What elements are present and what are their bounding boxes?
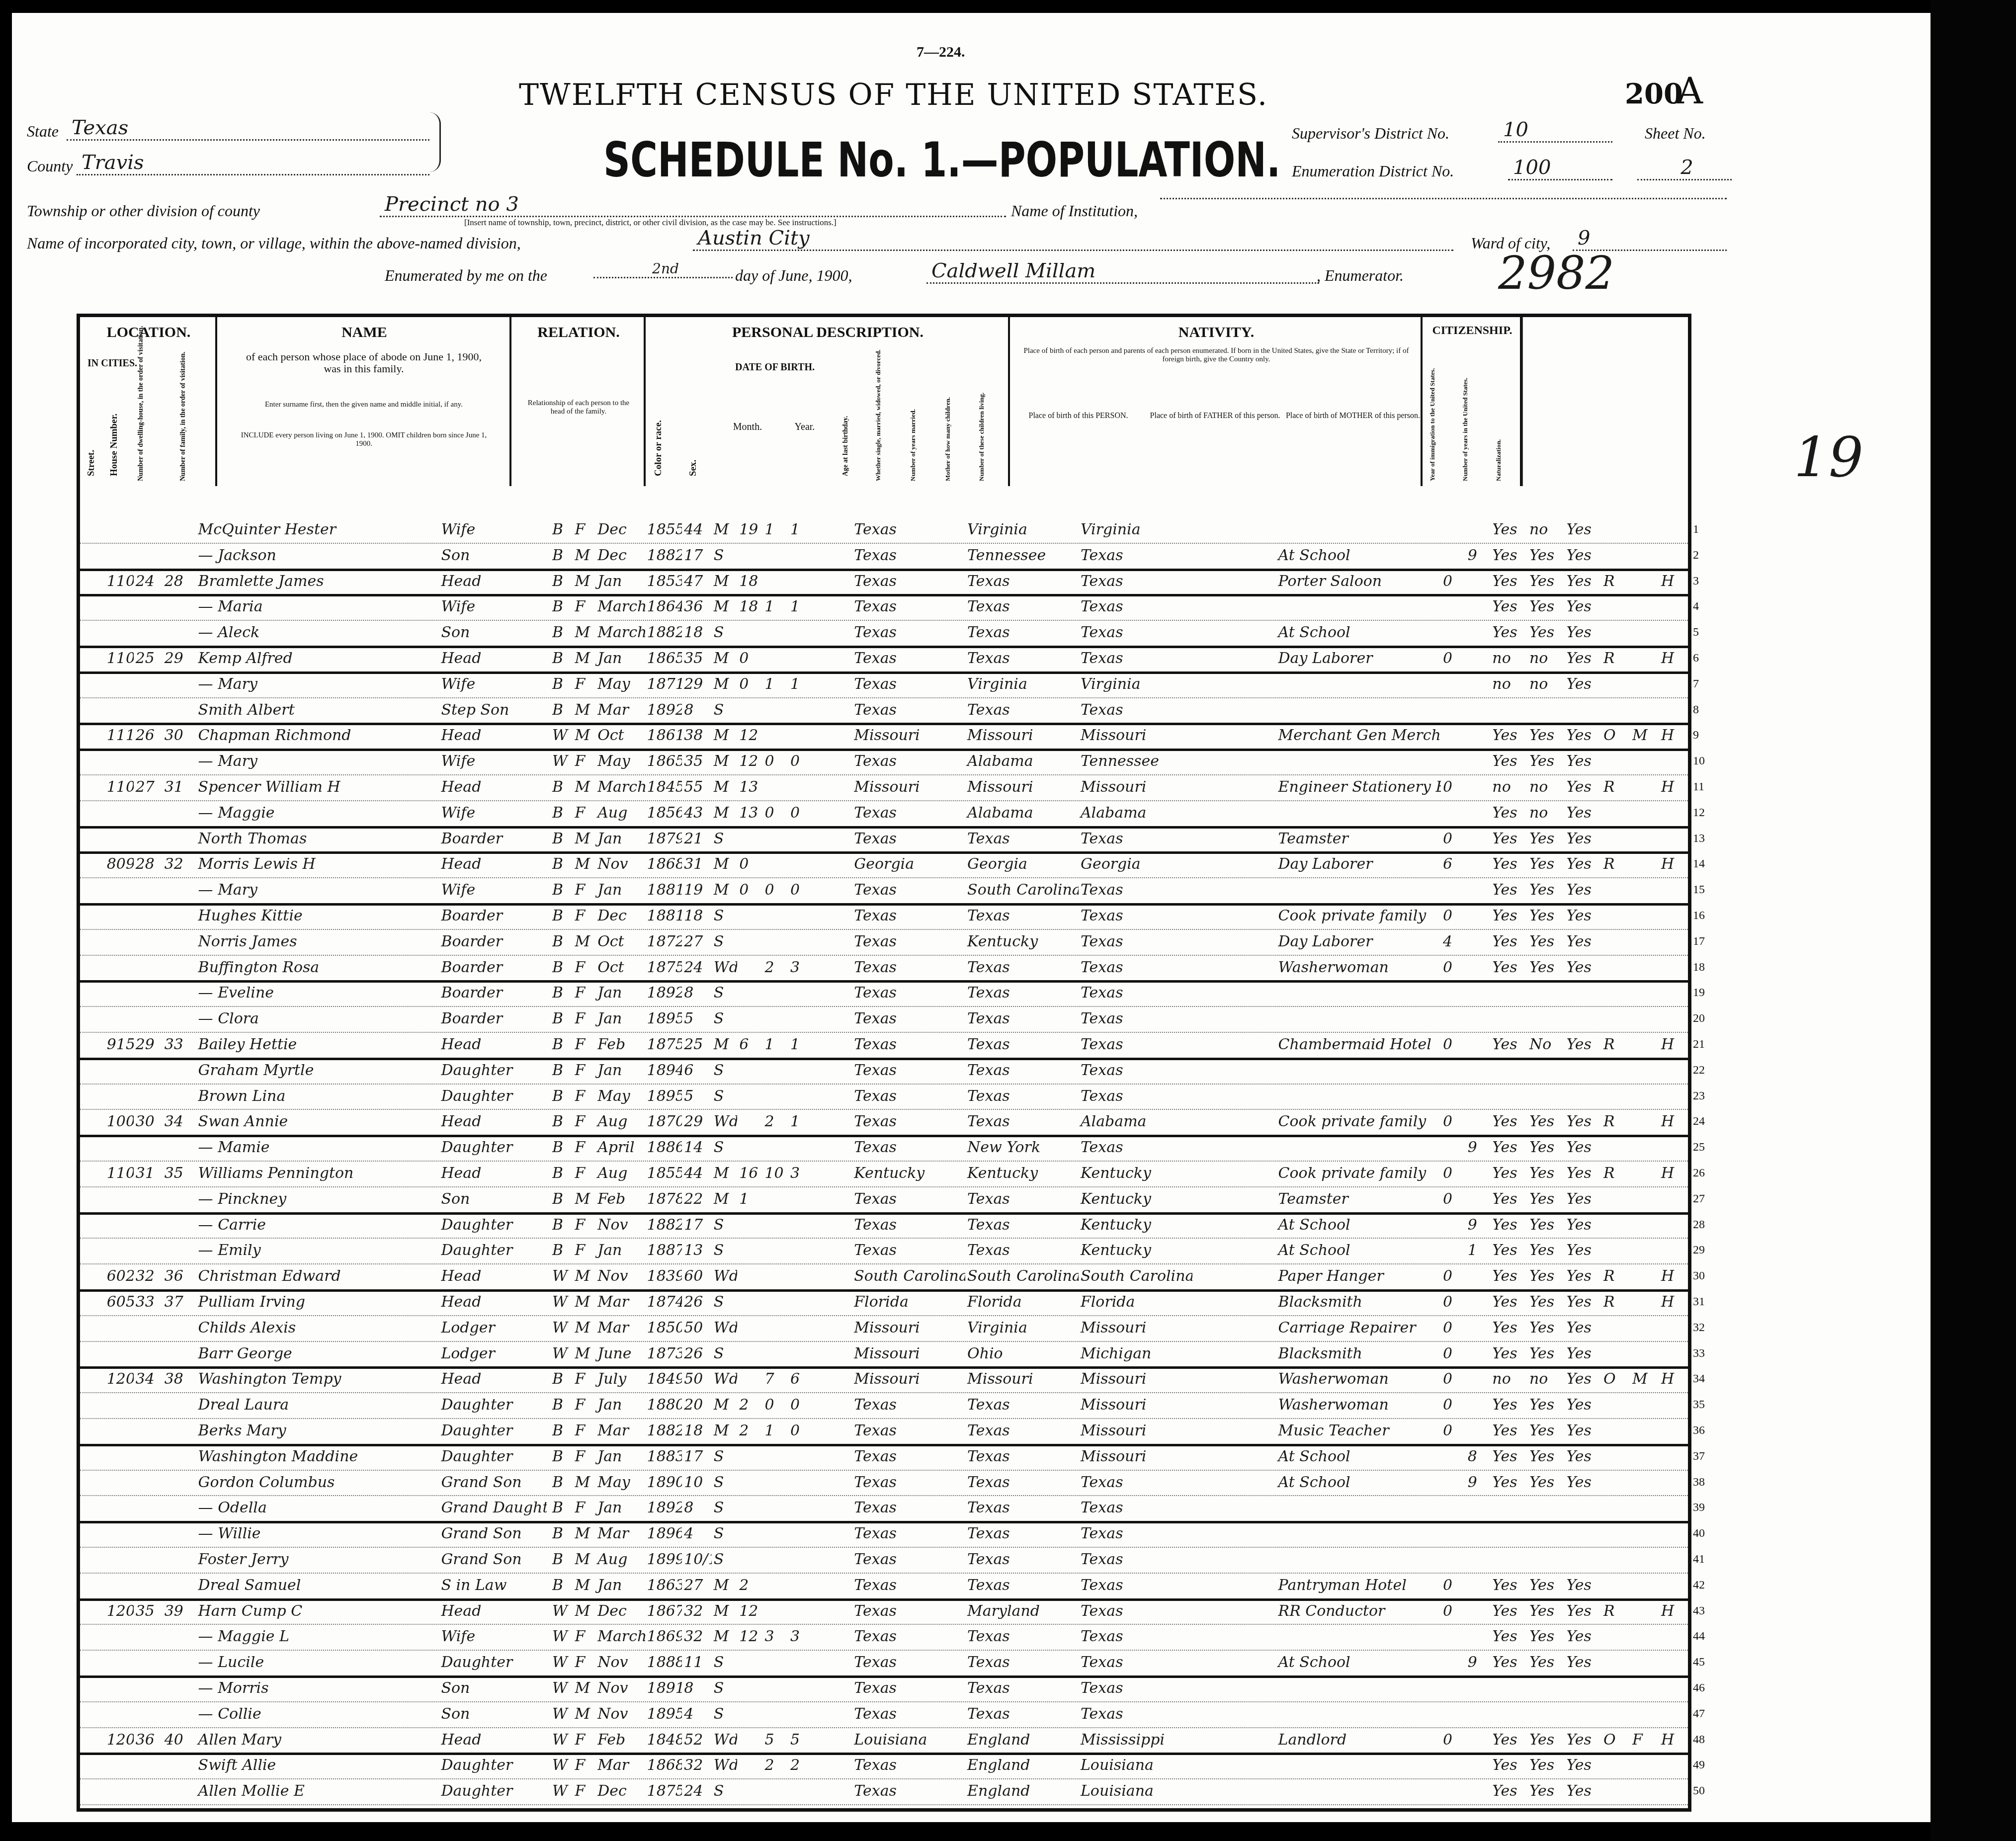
line-number: 47 <box>1693 1707 1705 1721</box>
line-number: 27 <box>1693 1192 1705 1206</box>
cell-house <box>105 903 134 929</box>
name-col: NAME of each person whose place of abode… <box>217 317 511 486</box>
cell-color: B <box>550 1032 573 1058</box>
cell-mother-of: 7 <box>763 1366 788 1392</box>
cell-sex: M <box>573 1315 596 1341</box>
cell-month: March <box>595 774 645 800</box>
cell-pob: Texas <box>852 620 965 646</box>
cell-dwelling <box>134 980 163 1006</box>
cell-year: 1875 <box>645 1032 682 1058</box>
cell-owned <box>1601 1315 1630 1341</box>
cell-english: Yes <box>1564 1624 1601 1650</box>
cell-year: 1895 <box>645 1084 682 1109</box>
cell-month: Dec <box>595 903 645 929</box>
cell-relation: Head <box>439 1263 547 1289</box>
cell-pob-father: Texas <box>965 826 1079 852</box>
cell-dwelling <box>134 1444 163 1470</box>
cell-relation: Head <box>439 1109 547 1135</box>
cell-pob: Texas <box>852 980 965 1006</box>
cell-read <box>1490 980 1527 1006</box>
cell-english <box>1564 1521 1601 1547</box>
cell-house <box>105 1624 134 1650</box>
cell-free <box>1630 1470 1659 1496</box>
cell-pob-father: England <box>965 1778 1079 1804</box>
cell-owned <box>1601 1006 1630 1032</box>
enumerated-label: Enumerated by me on the <box>385 266 547 285</box>
cell-age: 27 <box>682 929 712 955</box>
cell-dwelling <box>134 1315 163 1341</box>
cell-marital: S <box>712 826 737 852</box>
line-number: 40 <box>1693 1527 1705 1540</box>
cell-pob: Texas <box>852 800 965 826</box>
cell-marital: M <box>712 1186 737 1212</box>
cell-color: W <box>550 1650 573 1675</box>
cell-age: 32 <box>682 1753 712 1778</box>
cell-sex: F <box>573 1753 596 1778</box>
table-row: Swift AllieDaughterWFMar186832Wd22TexasE… <box>80 1753 1688 1779</box>
cell-dwelling <box>134 955 163 981</box>
cell-age: 21 <box>682 826 712 852</box>
cell-family <box>163 1058 194 1084</box>
cell-school <box>1466 903 1491 929</box>
cell-year: 1894 <box>645 1058 682 1084</box>
township-label: Township or other division of county <box>27 202 260 220</box>
cell-dwelling: 26 <box>134 723 163 749</box>
cell-write: no <box>1527 1366 1565 1392</box>
cell-english: Yes <box>1564 543 1601 569</box>
cell-living <box>788 1521 814 1547</box>
cell-months-unemp <box>1441 980 1466 1006</box>
cell-marital: Wd <box>712 1109 737 1135</box>
cell-name: Kemp Alfred <box>196 646 437 671</box>
cell-write: Yes <box>1527 1753 1565 1778</box>
cell-write: Yes <box>1527 1109 1565 1135</box>
cell-year: 1891 <box>645 1675 682 1701</box>
census-sheet: 7—224. TWELFTH CENSUS OF THE UNITED STAT… <box>12 13 1931 1822</box>
cell-dwelling <box>134 620 163 646</box>
cell-pob: Texas <box>852 517 965 543</box>
cell-dwelling: 36 <box>134 1727 163 1753</box>
cell-pob-mother: Texas <box>1079 1650 1192 1675</box>
cell-mother-of <box>763 980 788 1006</box>
cell-relation: Wife <box>439 671 547 697</box>
cell-write <box>1527 1521 1565 1547</box>
cell-free <box>1630 646 1659 671</box>
cell-pob-mother: Kentucky <box>1079 1212 1192 1238</box>
cell-pob-mother: Texas <box>1079 697 1192 723</box>
cell-marital: Wd <box>712 1315 737 1341</box>
cell-dwelling <box>134 1058 163 1084</box>
cell-school <box>1466 1547 1491 1573</box>
table-row: 12073539Harn Cump CHeadWMDec186732M12Tex… <box>80 1598 1688 1625</box>
cell-relation: Daughter <box>439 1084 547 1109</box>
cell-house: 1100 <box>105 1161 134 1186</box>
cell-dwelling <box>134 1084 163 1109</box>
cell-age: 36 <box>682 594 712 620</box>
cell-pob: Texas <box>852 1444 965 1470</box>
scan-border <box>1931 0 2016 1841</box>
cell-yrs-married <box>737 1366 762 1392</box>
cell-sex: F <box>573 1032 596 1058</box>
cell-sex: M <box>573 1263 596 1289</box>
cell-months-unemp <box>1441 517 1466 543</box>
cell-marital: S <box>712 1521 737 1547</box>
cell-marital: Wd <box>712 1753 737 1778</box>
cell-english <box>1564 1084 1601 1109</box>
cell-relation: Step Son <box>439 697 547 723</box>
cell-marital: M <box>712 594 737 620</box>
cell-yrs-married <box>737 1341 762 1367</box>
cell-dwelling: 33 <box>134 1289 163 1315</box>
cell-family <box>163 620 194 646</box>
cell-age: 17 <box>682 543 712 569</box>
cell-name: — Clora <box>196 1006 437 1032</box>
cell-occupation: Cook private family <box>1276 1109 1441 1135</box>
cell-occupation <box>1276 1778 1441 1804</box>
cell-write <box>1527 1058 1565 1084</box>
cell-color: B <box>550 1161 573 1186</box>
cell-school <box>1466 1701 1491 1727</box>
line-number: 21 <box>1693 1038 1705 1051</box>
cell-mother-of: 1 <box>763 594 788 620</box>
cell-english: Yes <box>1564 1392 1601 1418</box>
cell-farm <box>1659 1212 1688 1238</box>
cell-farm <box>1659 1135 1688 1161</box>
county-label: County <box>27 157 73 175</box>
cell-pob-father: Tennessee <box>965 543 1079 569</box>
cell-occupation <box>1276 671 1441 697</box>
cell-relation: Head <box>439 1727 547 1753</box>
cell-dwelling <box>134 1753 163 1778</box>
cell-free <box>1630 749 1659 774</box>
cell-farm: H <box>1659 569 1688 594</box>
cell-free <box>1630 569 1659 594</box>
cell-yrs-married: 13 <box>737 774 762 800</box>
enumerated-day: 2nd <box>593 260 733 278</box>
cell-farm <box>1659 517 1688 543</box>
cell-age: 6 <box>682 1058 712 1084</box>
cell-year: 1875 <box>645 1778 682 1804</box>
cell-english: Yes <box>1564 723 1601 749</box>
cell-farm <box>1659 955 1688 981</box>
nativity-col: NATIVITY. Place of birth of each person … <box>1010 317 1423 486</box>
sheet-no: 2 <box>1637 156 1732 180</box>
margin-note: 19 <box>1794 425 1863 489</box>
cell-marital: S <box>712 543 737 569</box>
table-row: — OdellaGrand DaughterBFJan18928STexasTe… <box>80 1495 1688 1523</box>
cell-english <box>1564 980 1601 1006</box>
cell-dwelling <box>134 1392 163 1418</box>
cell-pob-father: Texas <box>965 697 1079 723</box>
cell-name: — Aleck <box>196 620 437 646</box>
cell-pob: Texas <box>852 1418 965 1444</box>
cell-dwelling <box>134 1186 163 1212</box>
cell-dwelling: 31 <box>134 1161 163 1186</box>
cell-dwelling <box>134 1418 163 1444</box>
cell-english: Yes <box>1564 1186 1601 1212</box>
cell-write: No <box>1527 1032 1565 1058</box>
cell-english: Yes <box>1564 1366 1601 1392</box>
cell-write: Yes <box>1527 929 1565 955</box>
cell-read <box>1490 1006 1527 1032</box>
cell-occupation <box>1276 1675 1441 1701</box>
cell-school <box>1466 620 1491 646</box>
cell-occupation: Porter Saloon <box>1276 569 1441 594</box>
cell-school <box>1466 826 1491 852</box>
cell-occupation: Day Laborer <box>1276 646 1441 671</box>
cell-house <box>105 1753 134 1778</box>
cell-school <box>1466 1058 1491 1084</box>
cell-read <box>1490 1495 1527 1521</box>
cell-sex: M <box>573 620 596 646</box>
cell-free <box>1630 774 1659 800</box>
cell-age: 24 <box>682 1778 712 1804</box>
cell-sex: F <box>573 1084 596 1109</box>
cell-dwelling <box>134 1547 163 1573</box>
cell-english: Yes <box>1564 1032 1601 1058</box>
cell-age: 60 <box>682 1263 712 1289</box>
cell-pob-mother: Missouri <box>1079 1444 1192 1470</box>
cell-age: 32 <box>682 1598 712 1624</box>
cell-age: 32 <box>682 1624 712 1650</box>
cell-sex: F <box>573 1109 596 1135</box>
cell-name: Berks Mary <box>196 1418 437 1444</box>
cell-owned <box>1601 1084 1630 1109</box>
cell-living <box>788 723 814 749</box>
cell-owned: R <box>1601 1289 1630 1315</box>
cell-free <box>1630 1135 1659 1161</box>
cell-marital: M <box>712 1032 737 1058</box>
cell-house: 1006 <box>105 1109 134 1135</box>
cell-english: Yes <box>1564 646 1601 671</box>
cell-free <box>1630 594 1659 620</box>
cell-occupation: Cook private family <box>1276 1161 1441 1186</box>
cell-age: 8 <box>682 980 712 1006</box>
cell-english: Yes <box>1564 749 1601 774</box>
table-row: 11022731Spencer William HHeadBMMarch1845… <box>80 774 1688 801</box>
cell-living <box>788 1573 814 1598</box>
cell-living <box>788 1547 814 1573</box>
cell-owned <box>1601 1212 1630 1238</box>
cell-mother-of <box>763 1084 788 1109</box>
cell-owned <box>1601 671 1630 697</box>
cell-pob-mother: Texas <box>1079 1598 1192 1624</box>
cell-read: Yes <box>1490 1186 1527 1212</box>
cell-occupation <box>1276 697 1441 723</box>
cell-living <box>788 1341 814 1367</box>
cell-mother-of <box>763 1470 788 1496</box>
cell-farm <box>1659 1058 1688 1084</box>
cell-color: B <box>550 851 573 877</box>
cell-yrs-married: 0 <box>737 646 762 671</box>
cell-month: Nov <box>595 1212 645 1238</box>
supervisor-district: 10 <box>1498 118 1612 143</box>
cell-dwelling <box>134 1135 163 1161</box>
cell-read: Yes <box>1490 1109 1527 1135</box>
cell-write <box>1527 1701 1565 1727</box>
cell-school <box>1466 1161 1491 1186</box>
cell-family <box>163 903 194 929</box>
cell-year: 1890 <box>645 1470 682 1496</box>
cell-pob-mother: Tennessee <box>1079 749 1192 774</box>
line-number: 25 <box>1693 1141 1705 1154</box>
table-row: — MaggieWifeBFAug185643M1300TexasAlabama… <box>80 800 1688 829</box>
cell-house <box>105 1650 134 1675</box>
cell-house <box>105 980 134 1006</box>
cell-read: no <box>1490 774 1527 800</box>
cell-living <box>788 929 814 955</box>
cell-school <box>1466 1624 1491 1650</box>
cell-age: 29 <box>682 671 712 697</box>
cell-name: — Mary <box>196 671 437 697</box>
cell-occupation <box>1276 1006 1441 1032</box>
cell-color: W <box>550 1289 573 1315</box>
table-row: Hughes KittieBoarderBFDec188118STexasTex… <box>80 903 1688 930</box>
table-row: Norris JamesBoarderBMOct187227STexasKent… <box>80 929 1688 956</box>
cell-write: Yes <box>1527 903 1565 929</box>
cell-color: W <box>550 1315 573 1341</box>
cell-free: M <box>1630 723 1659 749</box>
cell-pob-father: South Carolina <box>965 1263 1079 1289</box>
cell-year: 1892 <box>645 697 682 723</box>
cell-read: Yes <box>1490 903 1527 929</box>
cell-marital: M <box>712 774 737 800</box>
cell-yrs-married <box>737 980 762 1006</box>
cell-school <box>1466 594 1491 620</box>
cell-months-unemp: 0 <box>1441 1366 1466 1392</box>
cell-english: Yes <box>1564 1135 1601 1161</box>
line-number: 33 <box>1693 1347 1705 1360</box>
cell-school <box>1466 517 1491 543</box>
cell-name: Hughes Kittie <box>196 903 437 929</box>
cell-school <box>1466 1366 1491 1392</box>
cell-mother-of <box>763 1263 788 1289</box>
cell-dwelling: 29 <box>134 1032 163 1058</box>
cell-sex: M <box>573 543 596 569</box>
cell-month: Nov <box>595 1675 645 1701</box>
cell-farm <box>1659 1186 1688 1212</box>
cell-occupation: Paper Hanger <box>1276 1263 1441 1289</box>
cell-age: 44 <box>682 1161 712 1186</box>
cell-color: B <box>550 955 573 981</box>
table-row: — AleckSonBMMarch188218STexasTexasTexasA… <box>80 620 1688 648</box>
cell-pob-father: Texas <box>965 1006 1079 1032</box>
cell-pob-father: Texas <box>965 1650 1079 1675</box>
cell-school <box>1466 1521 1491 1547</box>
cell-living <box>788 1058 814 1084</box>
cell-pob: Texas <box>852 1521 965 1547</box>
cell-relation: Grand Son <box>439 1470 547 1496</box>
cell-family <box>163 1392 194 1418</box>
cell-year: 1892 <box>645 1495 682 1521</box>
cell-age: 5 <box>682 1084 712 1109</box>
cell-name: — Pinckney <box>196 1186 437 1212</box>
cell-pob: Texas <box>852 646 965 671</box>
cell-months-unemp <box>1441 1495 1466 1521</box>
cell-mother-of <box>763 646 788 671</box>
cell-sex: M <box>573 1470 596 1496</box>
cell-age: 13 <box>682 1238 712 1263</box>
table-row: North ThomasBoarderBMJan187921STexasTexa… <box>80 826 1688 854</box>
cell-year: 1863 <box>645 1573 682 1598</box>
enumeration-label: Enumeration District No. <box>1292 162 1454 180</box>
cell-year: 1870 <box>645 1109 682 1135</box>
cell-free <box>1630 1573 1659 1598</box>
cell-age: 10/12 <box>682 1547 712 1573</box>
cell-occupation <box>1276 1135 1441 1161</box>
cell-months-unemp <box>1441 1212 1466 1238</box>
cell-farm <box>1659 800 1688 826</box>
cell-family <box>163 697 194 723</box>
cell-name: — Maggie <box>196 800 437 826</box>
cell-name: Allen Mary <box>196 1727 437 1753</box>
cell-farm <box>1659 671 1688 697</box>
cell-pob: Missouri <box>852 1315 965 1341</box>
cell-yrs-married <box>737 1289 762 1315</box>
cell-family <box>163 1573 194 1598</box>
table-row: — MorrisSonWMNov18918STexasTexasTexas46 <box>80 1675 1688 1702</box>
cell-mother-of <box>763 929 788 955</box>
cell-sex: F <box>573 1006 596 1032</box>
cell-month: Jan <box>595 1573 645 1598</box>
cell-color: B <box>550 1109 573 1135</box>
cell-mother-of <box>763 1778 788 1804</box>
cell-mother-of <box>763 1521 788 1547</box>
table-row: 8092832Morris Lewis HHeadBMNov186831M0Ge… <box>80 851 1688 878</box>
cell-owned: R <box>1601 569 1630 594</box>
cell-read: Yes <box>1490 1624 1527 1650</box>
cell-month: Jan <box>595 826 645 852</box>
cell-pob: Missouri <box>852 774 965 800</box>
cell-color: B <box>550 800 573 826</box>
cell-free <box>1630 671 1659 697</box>
cell-sex: M <box>573 774 596 800</box>
cell-house <box>105 1058 134 1084</box>
cell-occupation <box>1276 749 1441 774</box>
cell-family <box>163 1084 194 1109</box>
cell-owned <box>1601 1392 1630 1418</box>
cell-name: — Carrie <box>196 1212 437 1238</box>
cell-age: 8 <box>682 1675 712 1701</box>
cell-house <box>105 1675 134 1701</box>
cell-yrs-married <box>737 1135 762 1161</box>
cell-color: B <box>550 1084 573 1109</box>
cell-year: 1892 <box>645 980 682 1006</box>
cell-write: Yes <box>1527 594 1565 620</box>
cell-relation: Daughter <box>439 1058 547 1084</box>
cell-name: Washington Tempy <box>196 1366 437 1392</box>
cell-pob: Florida <box>852 1289 965 1315</box>
cell-color: W <box>550 723 573 749</box>
cell-school <box>1466 774 1491 800</box>
cell-family <box>163 1418 194 1444</box>
cell-farm <box>1659 1006 1688 1032</box>
cell-house: 1102 <box>105 774 134 800</box>
cell-pob-mother: Texas <box>1079 1675 1192 1701</box>
cell-pob: Texas <box>852 1598 965 1624</box>
cell-pob-mother: Kentucky <box>1079 1186 1192 1212</box>
cell-living: 0 <box>788 877 814 903</box>
cell-months-unemp: 0 <box>1441 1032 1466 1058</box>
cell-pob-mother: Texas <box>1079 826 1192 852</box>
cell-farm <box>1659 1444 1688 1470</box>
state-field: Texas <box>67 116 429 141</box>
cell-months-unemp <box>1441 1778 1466 1804</box>
cell-pob-father: England <box>965 1753 1079 1778</box>
cell-age: 38 <box>682 723 712 749</box>
cell-owned <box>1601 1238 1630 1263</box>
cell-relation: Daughter <box>439 1135 547 1161</box>
